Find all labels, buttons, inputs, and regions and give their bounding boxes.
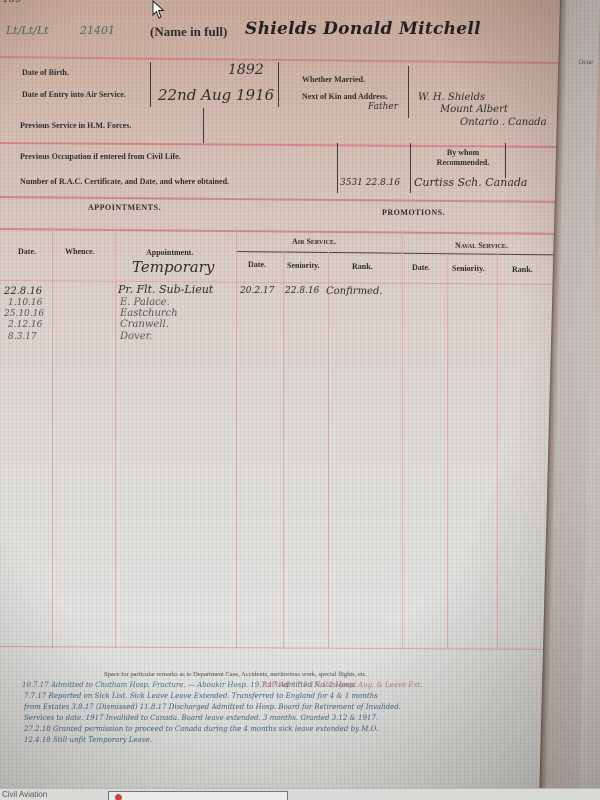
divider (278, 62, 279, 107)
service-record-card: 139 Lt/Lt/Lt 21401 (Name in full) Shield… (0, 0, 565, 790)
row-air-date: 20.2.17 (240, 286, 274, 296)
row-air-rank: Confirmed. (326, 286, 383, 297)
taskbar: Civil Aviation (0, 788, 600, 800)
column-rule (497, 254, 498, 648)
entry-date-label: Date of Entry into Air Service. (22, 90, 126, 99)
name-label: (Name in full) (150, 24, 227, 40)
name-value: Shields Donald Mitchell (245, 19, 481, 39)
row-appointment: E. Palace. (120, 297, 170, 308)
appointments-heading: APPOINTMENTS. (88, 203, 161, 212)
dob-value: 1892 (228, 62, 264, 78)
col-naval-rank: Rank. (512, 265, 533, 274)
remarks-line-5: 27.2.18 Granted permission to proceed to… (24, 725, 378, 733)
column-rule (52, 228, 53, 648)
next-of-kin-line-3: Ontario . Canada (460, 117, 547, 128)
row-date: 1.10.16 (8, 298, 42, 308)
adjacent-page-label: Ocue (578, 58, 593, 66)
row-date: 22.8.16 (4, 286, 42, 297)
column-rule (115, 228, 116, 648)
column-rule (236, 228, 237, 648)
col-air-seniority: Seniority. (287, 261, 320, 270)
entry-date-value: 22nd Aug 1916 (158, 86, 274, 104)
dob-label: Date of Birth. (22, 68, 69, 77)
column-rule (447, 254, 448, 648)
mouse-cursor-icon (152, 0, 166, 20)
divider (0, 228, 565, 235)
column-rule (402, 232, 403, 648)
remarks-line-6: 12.4.18 Still unfit Temporary Leave. (24, 736, 152, 744)
column-rule (328, 252, 329, 648)
col-naval-date: Date. (412, 263, 430, 272)
remarks-line-3: from Estates 3.8.17 (Dismissed) 11.8.17 … (24, 703, 401, 711)
divider (236, 251, 566, 255)
appointment-type: Temporary (132, 258, 214, 276)
divider (337, 143, 338, 193)
row-air-seniority: 22.8.16 (285, 286, 319, 296)
row-date: 2.12.16 (8, 320, 42, 330)
taskbar-tab[interactable] (108, 791, 288, 800)
promotions-heading: PROMOTIONS. (382, 208, 445, 217)
married-label: Whether Married. (302, 75, 365, 84)
remarks-line-2: 7.7.17 Reported on Sick List. Sick Leave… (24, 692, 378, 700)
divider (0, 646, 565, 650)
col-air-date: Date. (248, 260, 266, 269)
divider (0, 196, 565, 203)
remarks-line-4: Services to date. 1917 Invalided to Cana… (24, 714, 378, 722)
service-number: 21401 (80, 24, 115, 37)
row-appointment: Pr. Flt. Sub-Lieut (118, 283, 213, 296)
divider (203, 108, 204, 143)
col-naval-seniority: Seniority. (452, 264, 485, 273)
col-air-service: Air Service. (292, 237, 336, 246)
taskbar-text: Civil Aviation (2, 790, 47, 799)
next-of-kin-label: Next of Kin and Address. (302, 92, 388, 101)
col-naval-service: Naval Service. (455, 241, 508, 250)
col-appointment: Appointment. (146, 248, 193, 257)
remarks-label: Space for particular remarks as to Depar… (104, 671, 367, 678)
previous-service-label: Previous Service in H.M. Forces. (20, 121, 131, 130)
col-air-rank: Rank. (352, 262, 373, 271)
next-of-kin-relation: Father (368, 102, 398, 112)
row-date: 25.10.16 (4, 309, 44, 319)
divider (505, 143, 506, 178)
divider (150, 62, 151, 107)
remarks-red-note: Ret'd of 17.7.17. Resigned Aug. & Leave … (262, 681, 422, 689)
page-number: 139 (2, 0, 21, 5)
row-appointment: Cranwell. (120, 319, 169, 330)
app-icon (115, 794, 122, 800)
row-appointment: Dover. (120, 331, 152, 342)
column-rule (283, 252, 284, 648)
next-of-kin-line-1: W. H. Shields (418, 92, 485, 103)
occupation-label: Previous Occupation if entered from Civi… (20, 152, 181, 161)
row-appointment: Eastchurch (120, 308, 178, 319)
next-of-kin-line-2: Mount Albert (440, 104, 508, 115)
rac-certificate-value: 3531 22.8.16 (340, 178, 400, 188)
row-date: 8.3.17 (8, 332, 37, 342)
rac-certificate-label: Number of R.A.C. Certificate, and Date, … (20, 177, 229, 186)
recommended-label: By whom Recommended. (428, 148, 498, 168)
rank-code: Lt/Lt/Lt (6, 24, 49, 37)
divider (410, 143, 411, 193)
divider (0, 56, 565, 64)
divider (408, 66, 409, 118)
col-whence: Whence. (65, 247, 95, 256)
recommended-value: Curtiss Sch. Canada (414, 176, 527, 189)
monitor-screen: 139 Lt/Lt/Lt 21401 (Name in full) Shield… (0, 0, 600, 800)
col-date: Date. (18, 247, 36, 256)
